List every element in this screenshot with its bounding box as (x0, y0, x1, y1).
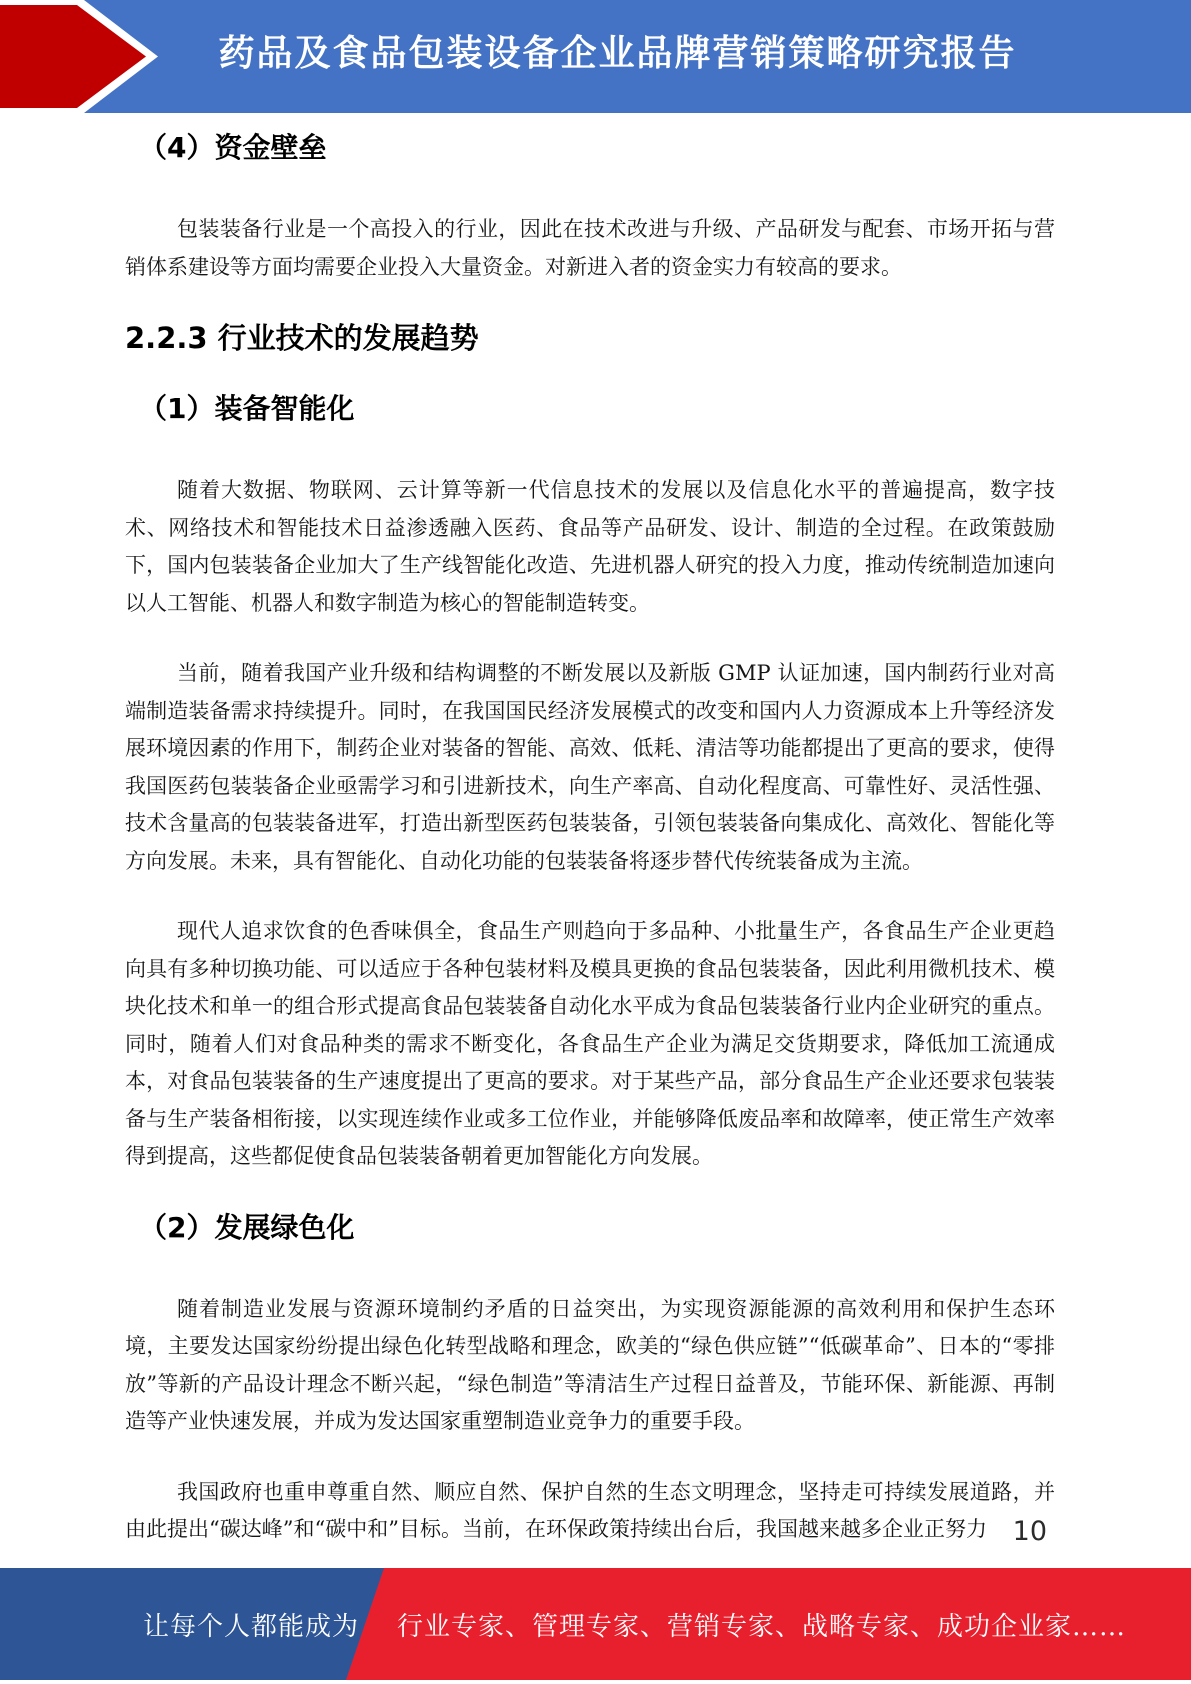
heading-equipment-intelligence: （1）装备智能化 (139, 391, 1055, 427)
document-body: （4）资金壁垒 包装装备行业是一个高投入的行业，因此在技术改进与升级、产品研发与… (0, 113, 1191, 1582)
paragraph-intelligence-2: 当前，随着我国产业升级和结构调整的不断发展以及新版 GMP 认证加速，国内制药行… (125, 655, 1055, 880)
footer-slogan-left: 让每个人都能成为 (143, 1568, 359, 1680)
report-title: 药品及食品包装设备企业品牌营销策略研究报告 (0, 0, 1191, 108)
paragraph-intelligence-3: 现代人追求饮食的色香味俱全，食品生产则趋向于多品种、小批量生产，各食品生产企业更… (125, 913, 1055, 1176)
heading-industry-tech-trends: 2.2.3 行业技术的发展趋势 (125, 319, 1055, 357)
heading-green-development: （2）发展绿色化 (139, 1210, 1055, 1246)
paragraph-intelligence-1: 随着大数据、物联网、云计算等新一代信息技术的发展以及信息化水平的普遍提高，数字技… (125, 472, 1055, 622)
paragraph-green-2: 我国政府也重申尊重自然、顺应自然、保护自然的生态文明理念，坚持走可持续发展道路，… (125, 1474, 1055, 1549)
report-page: 药品及食品包装设备企业品牌营销策略研究报告 （4）资金壁垒 包装装备行业是一个高… (0, 0, 1191, 1684)
paragraph-green-1: 随着制造业发展与资源环境制约矛盾的日益突出，为实现资源能源的高效利用和保护生态环… (125, 1291, 1055, 1441)
page-footer: 让每个人都能成为 行业专家、管理专家、营销专家、战略专家、成功企业家…… (0, 1568, 1191, 1680)
page-number: 10 (1013, 1516, 1047, 1547)
page-header: 药品及食品包装设备企业品牌营销策略研究报告 (0, 0, 1191, 113)
heading-capital-barrier: （4）资金壁垒 (139, 130, 1055, 166)
paragraph-capital-barrier: 包装装备行业是一个高投入的行业，因此在技术改进与升级、产品研发与配套、市场开拓与… (125, 211, 1055, 286)
footer-slogan-right: 行业专家、管理专家、营销专家、战略专家、成功企业家…… (397, 1568, 1126, 1680)
